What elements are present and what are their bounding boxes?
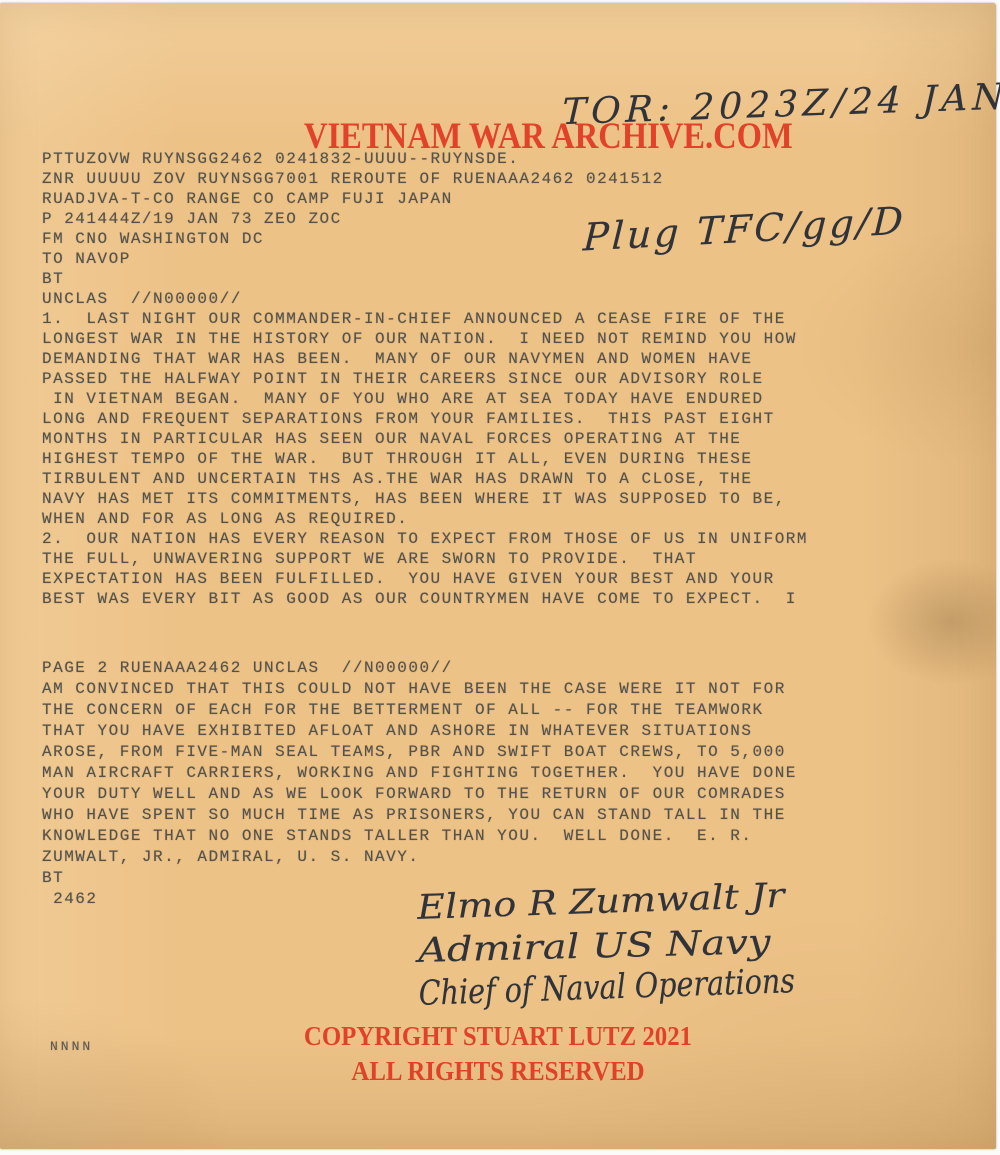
document-scan: VIETNAM WAR ARCHIVE.COM TOR: 2023Z/24 JA… (0, 0, 1000, 1155)
typed-line: MAN AIRCRAFT CARRIERS, WORKING AND FIGHT… (42, 763, 942, 784)
typed-line: BEST WAS EVERY BIT AS GOOD AS OUR COUNTR… (42, 589, 942, 609)
typed-line: EXPECTATION HAS BEEN FULFILLED. YOU HAVE… (42, 569, 942, 589)
typed-line: P 241444Z/19 JAN 73 ZEO ZOC (42, 209, 942, 229)
watermark-copyright-line2: ALL RIGHTS RESERVED (40, 1056, 956, 1087)
typed-line: THAT YOU HAVE EXHIBITED AFLOAT AND ASHOR… (42, 721, 942, 742)
typed-line: PASSED THE HALFWAY POINT IN THEIR CAREER… (42, 369, 942, 389)
typed-line: YOUR DUTY WELL AND AS WE LOOK FORWARD TO… (42, 784, 942, 805)
typed-line: FM CNO WASHINGTON DC (42, 229, 942, 249)
watermark-copyright-line1: COPYRIGHT STUART LUTZ 2021 (40, 1021, 956, 1052)
signature-block: Elmo R Zumwalt Jr Admiral US Navy Chief … (417, 879, 867, 1016)
typed-line: ZNR UUUUU ZOV RUYNSGG7001 REROUTE OF RUE… (42, 169, 942, 189)
typed-line: MONTHS IN PARTICULAR HAS SEEN OUR NAVAL … (42, 429, 942, 449)
typed-line: LONG AND FREQUENT SEPARATIONS FROM YOUR … (42, 409, 942, 429)
telegram-paper: VIETNAM WAR ARCHIVE.COM TOR: 2023Z/24 JA… (0, 3, 996, 1149)
typed-line: 2. OUR NATION HAS EVERY REASON TO EXPECT… (42, 529, 942, 549)
typed-line: WHEN AND FOR AS LONG AS REQUIRED. (42, 509, 942, 529)
typed-line: KNOWLEDGE THAT NO ONE STANDS TALLER THAN… (42, 826, 942, 847)
message-header-block: PTTUZOVW RUYNSGG2462 0241832-UUUU--RUYNS… (42, 149, 942, 309)
typed-line: TO NAVOP (42, 249, 942, 269)
typed-line: THE CONCERN OF EACH FOR THE BETTERMENT O… (42, 700, 942, 721)
typed-line: PTTUZOVW RUYNSGG2462 0241832-UUUU--RUYNS… (42, 149, 942, 169)
typed-message: PTTUZOVW RUYNSGG2462 0241832-UUUU--RUYNS… (42, 149, 942, 910)
typed-line: DEMANDING THAT WAR HAS BEEN. MANY OF OUR… (42, 349, 942, 369)
message-page2-block: PAGE 2 RUENAAA2462 UNCLAS //N00000//AM C… (42, 658, 942, 910)
message-page1-block: 1. LAST NIGHT OUR COMMANDER-IN-CHIEF ANN… (42, 309, 942, 609)
typed-line: AROSE, FROM FIVE-MAN SEAL TEAMS, PBR AND… (42, 742, 942, 763)
typed-line: ZUMWALT, JR., ADMIRAL, U. S. NAVY. (42, 847, 942, 868)
typed-line: UNCLAS //N00000// (42, 289, 942, 309)
typed-line: LONGEST WAR IN THE HISTORY OF OUR NATION… (42, 329, 942, 349)
typed-line: RUADJVA-T-CO RANGE CO CAMP FUJI JAPAN (42, 189, 942, 209)
annotation-time-of-receipt: TOR: 2023Z/24 JAN 73 (561, 74, 1000, 133)
typed-line: WHO HAVE SPENT SO MUCH TIME AS PRISONERS… (42, 805, 942, 826)
typed-line: IN VIETNAM BEGAN. MANY OF YOU WHO ARE AT… (42, 389, 942, 409)
typed-line: THE FULL, UNWAVERING SUPPORT WE ARE SWOR… (42, 549, 942, 569)
typed-line: NAVY HAS MET ITS COMMITMENTS, HAS BEEN W… (42, 489, 942, 509)
typed-line: BT (42, 269, 942, 289)
typed-line: TIRBULENT AND UNCERTAIN THS AS.THE WAR H… (42, 469, 942, 489)
typed-line: HIGHEST TEMPO OF THE WAR. BUT THROUGH IT… (42, 449, 942, 469)
typed-line: 1. LAST NIGHT OUR COMMANDER-IN-CHIEF ANN… (42, 309, 942, 329)
typed-line: AM CONVINCED THAT THIS COULD NOT HAVE BE… (42, 679, 942, 700)
typed-line: PAGE 2 RUENAAA2462 UNCLAS //N00000// (42, 658, 942, 679)
